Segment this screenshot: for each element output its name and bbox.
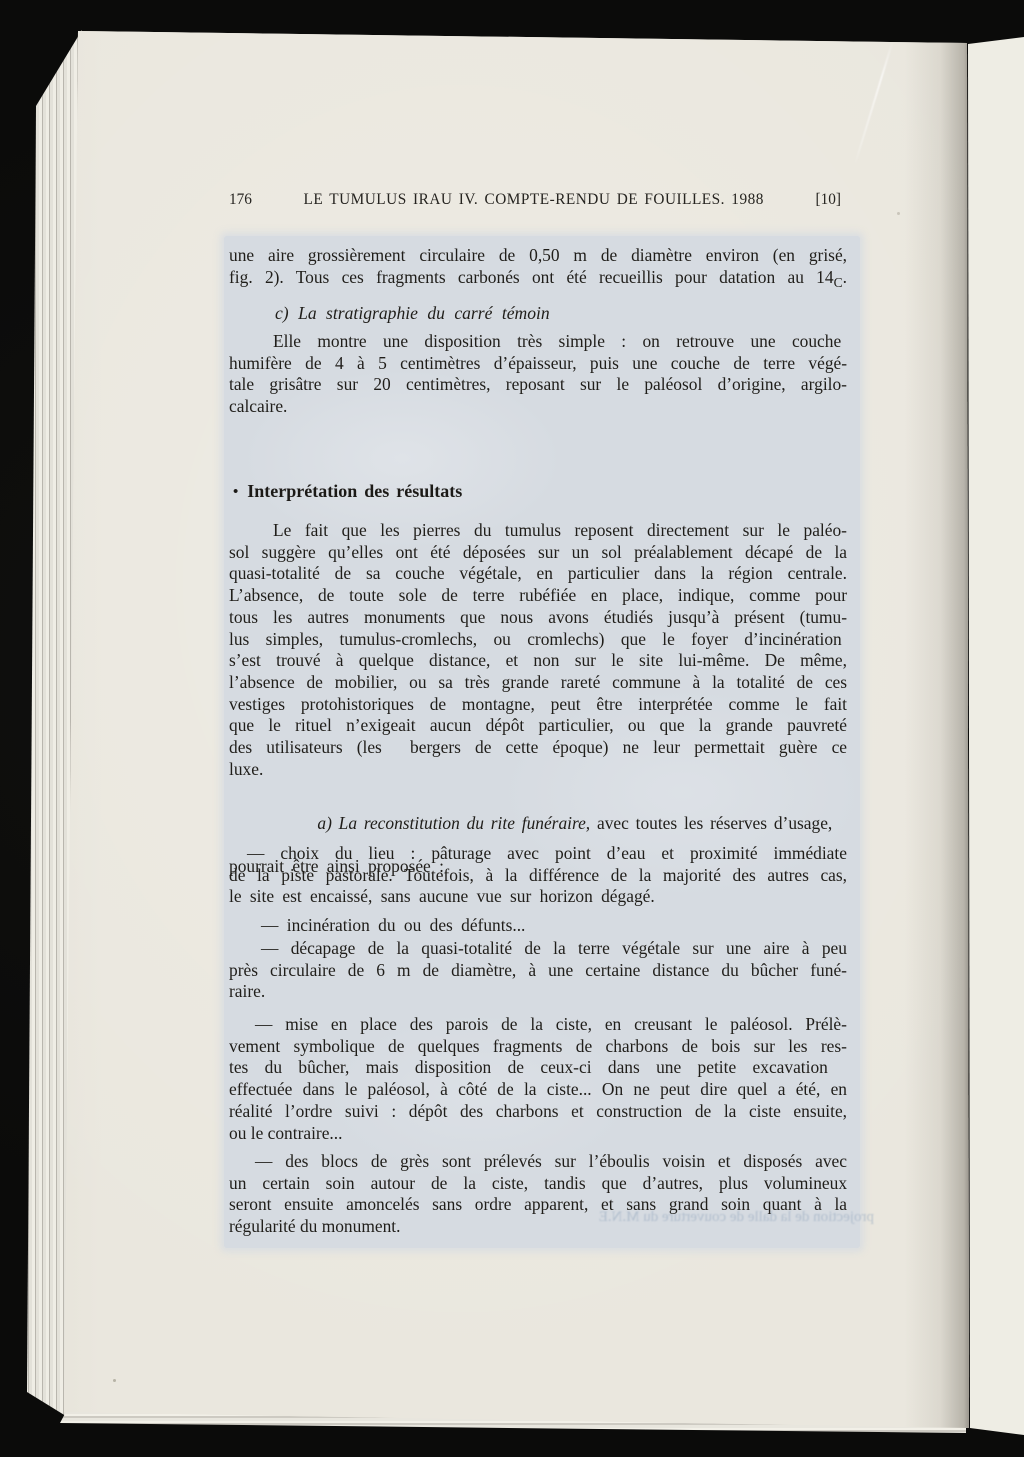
text-line: vestiges protohistoriques de montagne, p… [229, 694, 847, 716]
text-line: — choix du lieu : pâturage avec point d’… [229, 843, 847, 865]
text-line: le site est encaissé, sans aucune vue su… [229, 886, 847, 908]
subscript-c14: C [834, 275, 843, 290]
text-line: raire. [229, 981, 847, 1003]
text-line: tous les autres monuments que nous avons… [229, 607, 847, 629]
page-speck [897, 212, 900, 215]
text-line: de la piste pastorale. Toutefois, à la d… [229, 865, 847, 887]
paragraph-interpretation: Le fait que les pierres du tumulus repos… [229, 520, 847, 780]
paragraph-stratigraphie: Elle montre une disposition très simple … [229, 331, 847, 418]
text-line: fig. 2). Tous ces fragments carbonés ont… [229, 267, 847, 294]
text-line: — des blocs de grès sont prélevés sur l’… [229, 1151, 847, 1173]
running-header: 176 LE TUMULUS IRAU IV. COMPTE-RENDU DE … [229, 191, 841, 213]
text-line: sol suggère qu’elles ont été déposées su… [229, 542, 847, 564]
text-line: une aire grossièrement circulaire de 0,5… [229, 245, 847, 267]
text-line: — décapage de la quasi-totalité de la te… [229, 938, 847, 960]
page-speck [113, 1379, 116, 1382]
book-scan-background: 176 LE TUMULUS IRAU IV. COMPTE-RENDU DE … [0, 0, 1024, 1457]
list-item-choix-du-lieu: — choix du lieu : pâturage avec point d’… [229, 843, 847, 908]
text-line: Elle montre une disposition très simple … [229, 331, 847, 353]
running-title: LE TUMULUS IRAU IV. COMPTE-RENDU DE FOUI… [304, 191, 764, 209]
text-line: effectuée dans le paléosol, à côté de la… [229, 1079, 847, 1101]
section-bracket-number: [10] [815, 191, 841, 209]
text-line: des utilisateurs (les bergers de cette é… [229, 737, 847, 759]
book-page: 176 LE TUMULUS IRAU IV. COMPTE-RENDU DE … [0, 0, 1024, 1457]
text-line: tale grisâtre sur 20 centimètres, reposa… [229, 374, 847, 396]
text-line: Le fait que les pierres du tumulus repos… [229, 520, 847, 542]
text-line: tes du bûcher, mais disposition de ceux-… [229, 1057, 847, 1079]
list-item-decapage: — décapage de la quasi-totalité de la te… [229, 938, 847, 1003]
text-line: — incinération du ou des défunts... [229, 915, 847, 937]
italic-lead: a) La reconstitution du rite funéraire, [317, 813, 590, 833]
page-crease [854, 40, 894, 165]
text-line: que le rituel n’exigeait aucun dépôt par… [229, 715, 847, 737]
list-item-incineration: — incinération du ou des défunts... [229, 915, 847, 937]
heading-stratigraphie: c) La stratigraphie du carré témoin [229, 303, 893, 325]
bullet-icon: • [233, 484, 238, 500]
text-line: réalité l’ordre suivi : dépôt des charbo… [229, 1101, 847, 1123]
text-line: calcaire. [229, 396, 847, 418]
text-line: s’est trouvé à quelque distance, et non … [229, 650, 847, 672]
text-line: ou le contraire... [229, 1123, 847, 1145]
paragraph-intro: une aire grossièrement circulaire de 0,5… [229, 245, 847, 293]
gutter-shadow [905, 30, 969, 1430]
text-line: quasi-totalité de sa couche végétale, en… [229, 563, 847, 585]
text-line: L’absence, de toute sole de terre rubéfi… [229, 585, 847, 607]
text-line: un certain soin autour de la ciste, tand… [229, 1173, 847, 1195]
text-line: humifère de 4 à 5 centimètres d’épaisseu… [229, 353, 847, 375]
list-item-mise-en-place: — mise en place des parois de la ciste, … [229, 1014, 847, 1144]
show-through-ghost-text: projection de la dalle de couverture du … [522, 1209, 874, 1226]
text-line: vement symbolique de quelques fragments … [229, 1036, 847, 1058]
text-line: l’absence de mobilier, ou sa très grande… [229, 672, 847, 694]
text-line: luxe. [229, 759, 847, 781]
page-number: 176 [229, 191, 252, 209]
heading-interpretation-label: Interprétation des résultats [247, 481, 462, 501]
text-line: lus simples, tumulus-cromlechs, ou croml… [229, 629, 847, 651]
text-line: près circulaire de 6 m de diamètre, à un… [229, 960, 847, 982]
text-line: — mise en place des parois de la ciste, … [229, 1014, 847, 1036]
heading-interpretation: •Interprétation des résultats [229, 481, 851, 505]
